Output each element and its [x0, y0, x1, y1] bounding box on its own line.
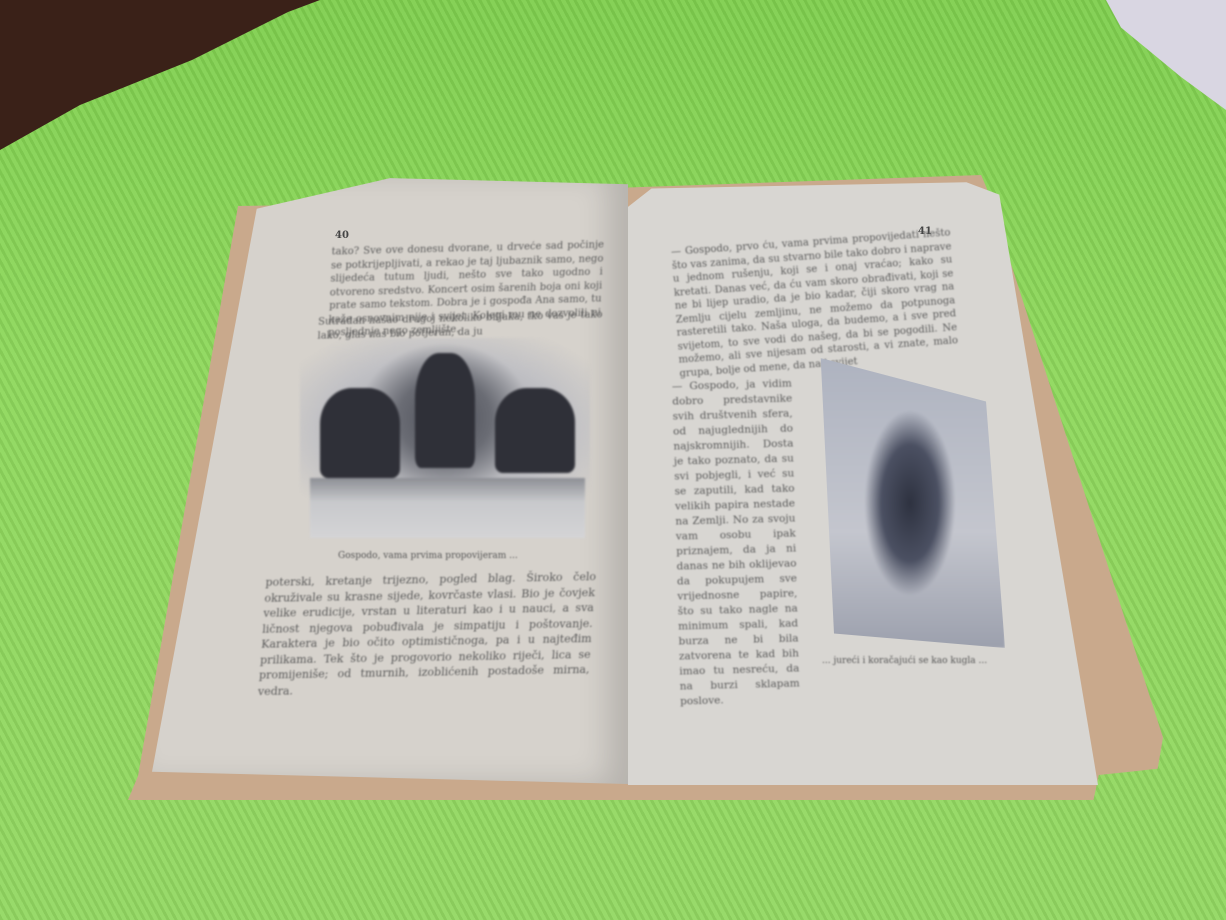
left-illustration-caption: Gospodo, vama prvima propovijeram ... [338, 551, 518, 561]
right-top-paragraph: — Gospodo, prvo ću, vama prvima propovij… [671, 226, 960, 380]
open-book: 40 tako? Sve ove donesu dvorane, u drveć… [0, 0, 1226, 920]
left-page-number: 40 [335, 230, 349, 241]
right-illustration-caption: ... jureći i koračajući se kao kugla ... [822, 656, 987, 666]
right-column-paragraph: — Gospodo, ja vidim dobro predstavnike s… [672, 376, 801, 709]
illustration-man-on-stairs [815, 358, 1005, 648]
illustration-three-men-at-table [300, 338, 590, 538]
left-bottom-paragraph: poterski, kretanje trijezno, pogled blag… [257, 569, 596, 699]
